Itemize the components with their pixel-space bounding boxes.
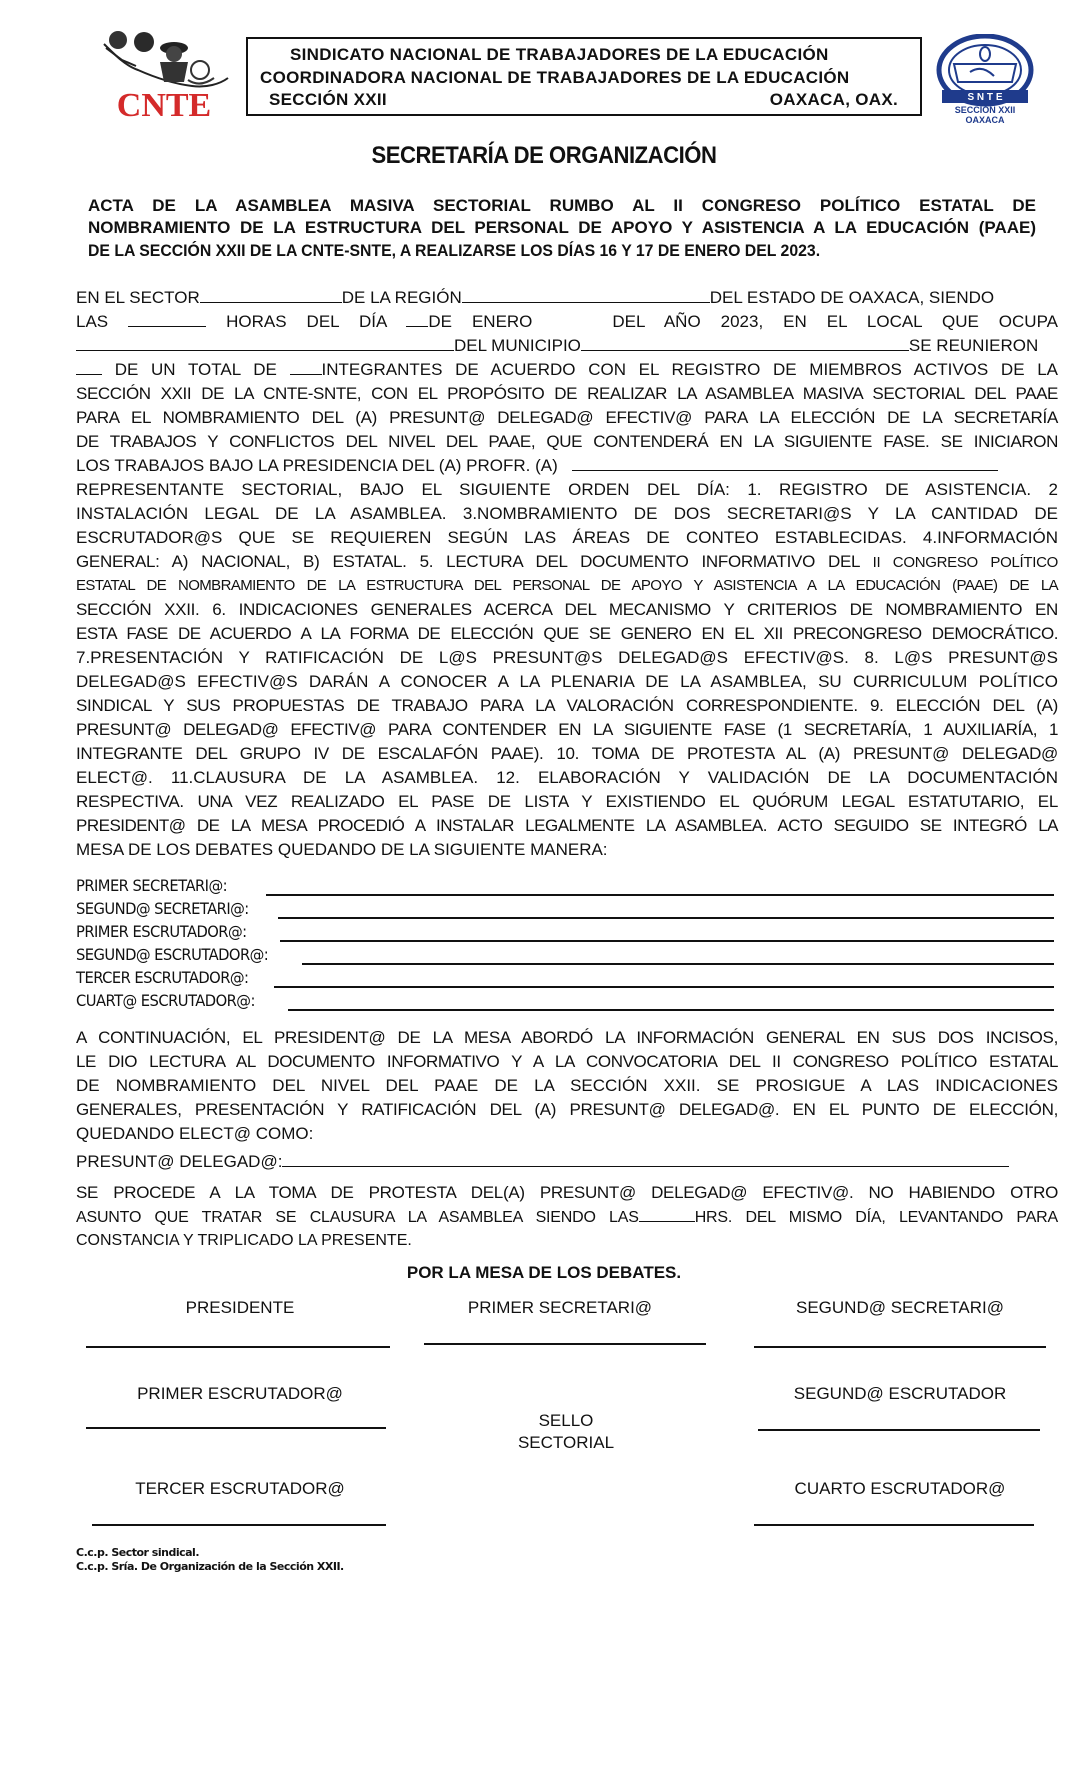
sig-label-segundo-secretario: SEGUND@ SECRETARI@ (760, 1298, 1040, 1318)
label-presidencia: LOS TRABAJOS BAJO LA PRESIDENCIA DEL (A)… (76, 456, 558, 475)
form-line-3: DEL MUNICIPIOSE REUNIERON (76, 335, 1058, 357)
header-line-2: COORDINADORA NACIONAL DE TRABAJADORES DE… (260, 68, 850, 88)
form-line-20: INTEGRANTE DEL GRUPO IV DE ESCALAFÓN PAA… (76, 743, 1058, 765)
label-sector: EN EL SECTOR (76, 288, 200, 307)
sello-label-1: SELLO (466, 1411, 666, 1431)
subtitle-line-2: NOMBRAMIENTO DE LA ESTRUCTURA DEL PERSON… (88, 218, 1036, 238)
hora-clausura-field[interactable] (639, 1206, 695, 1222)
label-horas-dia: HORAS DEL DÍA (226, 312, 386, 331)
form-line-18: SINDICAL Y SUS PROPUESTAS DE TRABAJO PAR… (76, 695, 1058, 717)
mesa-label-tercer-escrutador: TERCER ESCRUTADOR@: (76, 968, 248, 987)
closing-line-3: CONSTANCIA Y TRIPLICADO LA PRESENTE. (76, 1230, 1058, 1252)
continuation-line-4: GENERALES, PRESENTACIÓN Y RATIFICACIÓN D… (76, 1099, 1058, 1121)
text-12a: GENERAL: A) NACIONAL, B) ESTATAL. 5. LEC… (76, 552, 860, 571)
form-line-7: DE TRABAJOS Y CONFLICTOS DEL NIVEL DEL P… (76, 431, 1058, 453)
mesa-field-segundo-escrutador[interactable] (302, 963, 1054, 965)
form-line-15: ESTA FASE DE ACUERDO A LA FORMA DE ELECC… (76, 623, 1058, 645)
closing-text-a: ASUNTO QUE TRATAR SE CLAUSURA LA ASAMBLE… (76, 1209, 639, 1226)
form-line-19: PRESUNT@ DELEGAD@ EFECTIV@ PARA CONTENDE… (76, 719, 1058, 741)
label-total: DE UN TOTAL DE (115, 360, 277, 379)
form-line-24: MESA DE LOS DEBATES QUEDANDO DE LA SIGUI… (76, 839, 1058, 861)
header-section: SECCIÓN XXII (269, 90, 387, 110)
reunidos-field[interactable] (76, 359, 102, 375)
svg-text:S N T E: S N T E (967, 92, 1002, 103)
form-line-9: REPRESENTANTE SECTORIAL, BAJO EL SIGUIEN… (76, 479, 1058, 501)
mesa-field-primer-secretario[interactable] (266, 894, 1054, 896)
sig-label-primer-escrutador: PRIMER ESCRUTADOR@ (110, 1384, 370, 1404)
header-location: OAXACA, OAX. (770, 90, 898, 110)
local-field[interactable] (76, 335, 454, 351)
sig-label-primer-secretario: PRIMER SECRETARI@ (420, 1298, 700, 1318)
form-line-5: SECCIÓN XXII DE LA CNTE-SNTE, CON EL PRO… (76, 383, 1058, 405)
form-line-4: DE UN TOTAL DE INTEGRANTES DE ACUERDO CO… (76, 359, 1058, 381)
form-line-1: EN EL SECTORDE LA REGIÓNDEL ESTADO DE OA… (76, 287, 1058, 309)
label-anio-local: DEL AÑO 2023, EN EL LOCAL QUE OCUPA (612, 312, 1058, 331)
municipio-field[interactable] (581, 335, 909, 351)
form-line-17: DELEGAD@S EFECTIV@S DARÁN A CONOCER A LA… (76, 671, 1058, 693)
text-12b: II CONGRESO POLÍTICO (873, 554, 1058, 571)
sig-line-tercer-escrutador[interactable] (92, 1524, 386, 1526)
label-enero: DE ENERO (428, 312, 532, 331)
form-line-22: RESPECTIVA. UNA VEZ REALIZADO EL PASE DE… (76, 791, 1058, 813)
snte-logo-icon: S N T E SECCION XXII OAXACA (930, 34, 1040, 126)
form-line-21: ELECT@. 11.CLAUSURA DE LA ASAMBLEA. 12. … (76, 767, 1058, 789)
svg-text:SECCION XXII: SECCION XXII (955, 105, 1016, 115)
form-line-2: LAS HORAS DEL DÍA DE ENERO DEL AÑO 2023,… (76, 311, 1058, 333)
svg-text:CNTE: CNTE (117, 87, 211, 120)
cnte-logo-icon: CNTE (96, 26, 232, 120)
signatures-heading: POR LA MESA DE LOS DEBATES. (0, 1263, 1088, 1283)
presidente-field[interactable] (572, 455, 998, 471)
presunto-label: PRESUNT@ DELEGAD@: (76, 1152, 282, 1171)
mesa-field-segundo-secretario[interactable] (278, 917, 1054, 919)
label-las: LAS (76, 312, 108, 331)
region-field[interactable] (462, 287, 710, 303)
form-line-16: 7.PRESENTACIÓN Y RATIFICACIÓN DE L@S PRE… (76, 647, 1058, 669)
form-line-8: LOS TRABAJOS BAJO LA PRESIDENCIA DEL (A)… (76, 455, 1058, 477)
label-municipio: DEL MUNICIPIO (454, 336, 581, 355)
label-region: DE LA REGIÓN (342, 288, 462, 307)
continuation-line-2: LE DIO LECTURA AL DOCUMENTO INFORMATIVO … (76, 1051, 1058, 1073)
sig-label-segundo-escrutador: SEGUND@ ESCRUTADOR (760, 1384, 1040, 1404)
mesa-field-cuarto-escrutador[interactable] (288, 1009, 1054, 1011)
sig-line-presidente[interactable] (86, 1346, 390, 1348)
header-box: SINDICATO NACIONAL DE TRABAJADORES DE LA… (246, 37, 922, 116)
mesa-label-primer-escrutador: PRIMER ESCRUTADOR@: (76, 922, 247, 941)
mesa-field-primer-escrutador[interactable] (280, 940, 1054, 942)
total-field[interactable] (290, 359, 322, 375)
sig-line-primer-escrutador[interactable] (86, 1427, 386, 1429)
continuation-line-1: A CONTINUACIÓN, EL PRESIDENT@ DE LA MESA… (76, 1027, 1058, 1049)
sig-label-tercer-escrutador: TERCER ESCRUTADOR@ (110, 1479, 370, 1499)
sig-label-cuarto-escrutador: CUARTO ESCRUTADOR@ (760, 1479, 1040, 1499)
closing-line-2: ASUNTO QUE TRATAR SE CLAUSURA LA ASAMBLE… (76, 1206, 1058, 1229)
sig-line-segundo-secretario[interactable] (754, 1346, 1046, 1348)
mesa-label-segundo-secretario: SEGUND@ SECRETARI@: (76, 899, 249, 918)
mesa-label-segundo-escrutador: SEGUND@ ESCRUTADOR@: (76, 945, 268, 964)
sector-field[interactable] (200, 287, 342, 303)
form-line-10: INSTALACIÓN LEGAL DE LA ASAMBLEA. 3.NOMB… (76, 503, 1058, 525)
mesa-label-primer-secretario: PRIMER SECRETARI@: (76, 876, 227, 895)
sello-label-2: SECTORIAL (466, 1433, 666, 1453)
closing-text-b: HRS. DEL MISMO DÍA, LEVANTANDO PARA (695, 1209, 1058, 1226)
form-line-6: PARA EL NOMBRAMIENTO DEL (A) PRESUNT@ DE… (76, 407, 1058, 429)
continuation-line-3: DE NOMBRAMIENTO DEL NIVEL DEL PAAE DE LA… (76, 1075, 1058, 1097)
form-line-12: GENERAL: A) NACIONAL, B) ESTATAL. 5. LEC… (76, 551, 1058, 574)
horas-field[interactable] (128, 311, 206, 327)
sig-line-segundo-escrutador[interactable] (758, 1429, 1040, 1431)
form-line-11: ESCRUTADOR@S QUE SE REQUIEREN SEGÚN LAS … (76, 527, 1058, 549)
label-integrantes: INTEGRANTES DE ACUERDO CON EL REGISTRO D… (322, 360, 1058, 379)
subtitle-line-1: ACTA DE LA ASAMBLEA MASIVA SECTORIAL RUM… (88, 196, 1036, 216)
sig-line-cuarto-escrutador[interactable] (754, 1524, 1034, 1526)
form-line-23: PRESIDENT@ DE LA MESA PROCEDIÓ A INSTALA… (76, 815, 1058, 837)
form-line-13: ESTATAL DE NOMBRAMIENTO DE LA ESTRUCTURA… (76, 575, 1058, 597)
presunto-row: PRESUNT@ DELEGAD@: (76, 1151, 1058, 1173)
closing-line-1: SE PROCEDE A LA TOMA DE PROTESTA DEL(A) … (76, 1182, 1058, 1204)
sig-label-presidente: PRESIDENTE (150, 1298, 330, 1318)
label-estado: DEL ESTADO DE OAXACA, SIENDO (710, 288, 994, 307)
mesa-label-cuarto-escrutador: CUART@ ESCRUTADOR@: (76, 991, 255, 1010)
dia-field[interactable] (406, 311, 428, 327)
presunto-field[interactable] (282, 1151, 1009, 1167)
ccp-line-2: C.c.p. Sría. De Organización de la Secci… (76, 1560, 344, 1573)
mesa-field-tercer-escrutador[interactable] (274, 986, 1054, 988)
header-line-1: SINDICATO NACIONAL DE TRABAJADORES DE LA… (290, 45, 829, 65)
ccp-line-1: C.c.p. Sector sindical. (76, 1546, 199, 1559)
continuation-line-5: QUEDANDO ELECT@ COMO: (76, 1123, 1058, 1145)
subtitle-line-3: DE LA SECCIÓN XXII DE LA CNTE-SNTE, A RE… (88, 241, 970, 261)
form-line-14: SECCIÓN XXII. 6. INDICACIONES GENERALES … (76, 599, 1058, 621)
label-reunieron: SE REUNIERON (909, 336, 1038, 355)
sig-line-primer-secretario[interactable] (424, 1343, 706, 1345)
document-title: SECRETARÍA DE ORGANIZACIÓN (44, 142, 1045, 170)
svg-text:OAXACA: OAXACA (965, 115, 1005, 125)
